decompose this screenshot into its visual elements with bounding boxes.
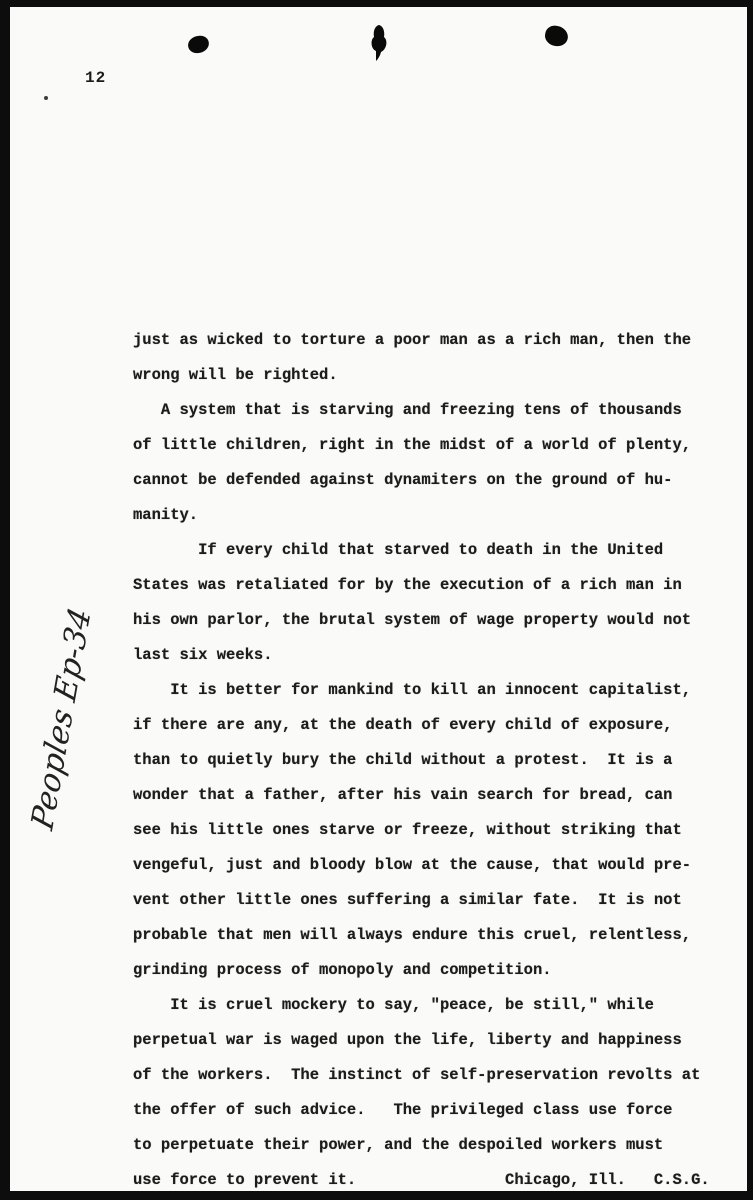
handwritten-margin-note: Peoples Ep-34 xyxy=(22,588,109,853)
ink-blot-icon xyxy=(543,24,570,48)
scan-border-left xyxy=(0,0,10,1200)
scan-speck xyxy=(44,96,48,100)
scan-border-right xyxy=(747,0,753,1200)
typed-body-text: just as wicked to torture a poor man as … xyxy=(133,323,710,1198)
page-number: 12 xyxy=(85,69,106,87)
scan-border-top xyxy=(0,0,753,7)
ink-blot-icon xyxy=(368,25,390,61)
ink-blot-icon xyxy=(186,34,210,56)
scanned-manuscript-page: 12 Peoples Ep-34 just as wicked to tortu… xyxy=(0,0,753,1200)
